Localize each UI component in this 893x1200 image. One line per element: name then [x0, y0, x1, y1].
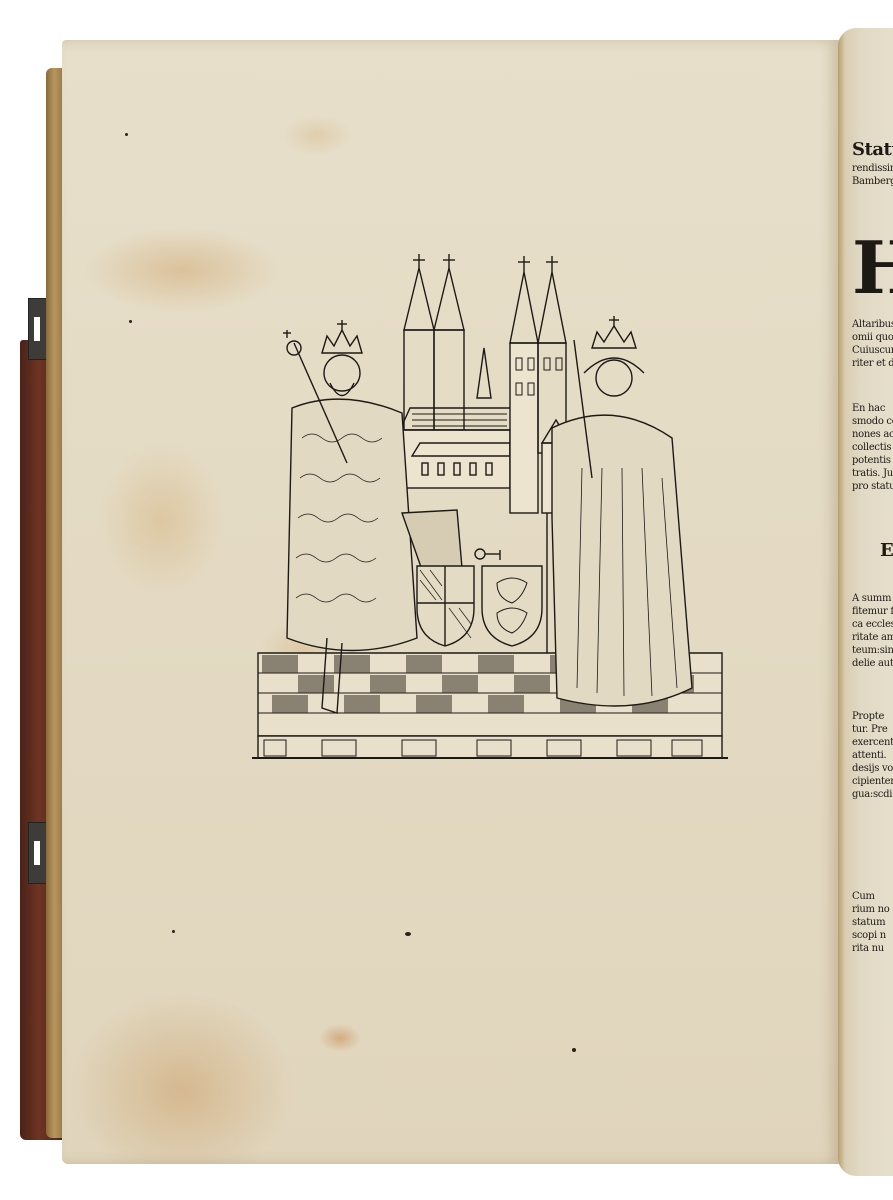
text-line: desijs vo — [852, 762, 893, 775]
heading-line: rendissimu — [852, 162, 893, 175]
text-line: scopi n — [852, 929, 886, 942]
text-line: gua:scdi — [852, 788, 892, 801]
text-line: teum:sin — [852, 644, 893, 657]
text-line: En hac — [852, 402, 885, 415]
text-line: statum — [852, 916, 885, 929]
text-line: rita nu — [852, 942, 884, 955]
text-line: smodo cel — [852, 415, 893, 428]
text-line: rium no — [852, 903, 889, 916]
text-line: Cum — [852, 890, 875, 903]
text-line: Propte — [852, 710, 884, 723]
text-line: tur. Pre — [852, 723, 888, 736]
section-initial: E — [880, 540, 893, 561]
text-line: fitemur f — [852, 605, 893, 618]
text-line: ca ecclesi — [852, 618, 893, 631]
text-line: nones ac — [852, 428, 893, 441]
text-line: exercent — [852, 736, 893, 749]
text-line: potentis r — [852, 454, 893, 467]
text-line: omii quor — [852, 331, 893, 344]
ink-spot — [405, 932, 411, 936]
heading-line: Bamberg — [852, 175, 893, 188]
cathedral-model — [400, 254, 570, 513]
text-line: delie aut — [852, 657, 893, 670]
text-line: riter et diu — [852, 357, 893, 370]
text-line: attenti. — [852, 749, 886, 762]
decorated-initial: H — [852, 232, 893, 304]
text-line: Cuiuscun — [852, 344, 893, 357]
text-line: A summ — [852, 592, 891, 605]
woodcut-illustration — [252, 248, 728, 788]
clasp-icon — [28, 822, 48, 884]
foxing-spot — [172, 930, 175, 933]
empress-figure — [552, 316, 692, 706]
text-line: Altaribus — [852, 318, 893, 331]
clasp-icon — [28, 298, 48, 360]
foxing-spot — [129, 320, 132, 323]
text-line: tratis. Ju — [852, 467, 893, 480]
right-page-text: Statu rendissimu Bamberg Altaribus omii … — [852, 0, 893, 1200]
text-line: pro statu — [852, 480, 893, 493]
text-line: cipienter — [852, 775, 893, 788]
page-heading: Statu — [852, 140, 893, 160]
foxing-spot — [125, 133, 128, 136]
ink-spot — [572, 1048, 576, 1052]
text-line: collectis v — [852, 441, 893, 454]
text-line: ritate am — [852, 631, 893, 644]
